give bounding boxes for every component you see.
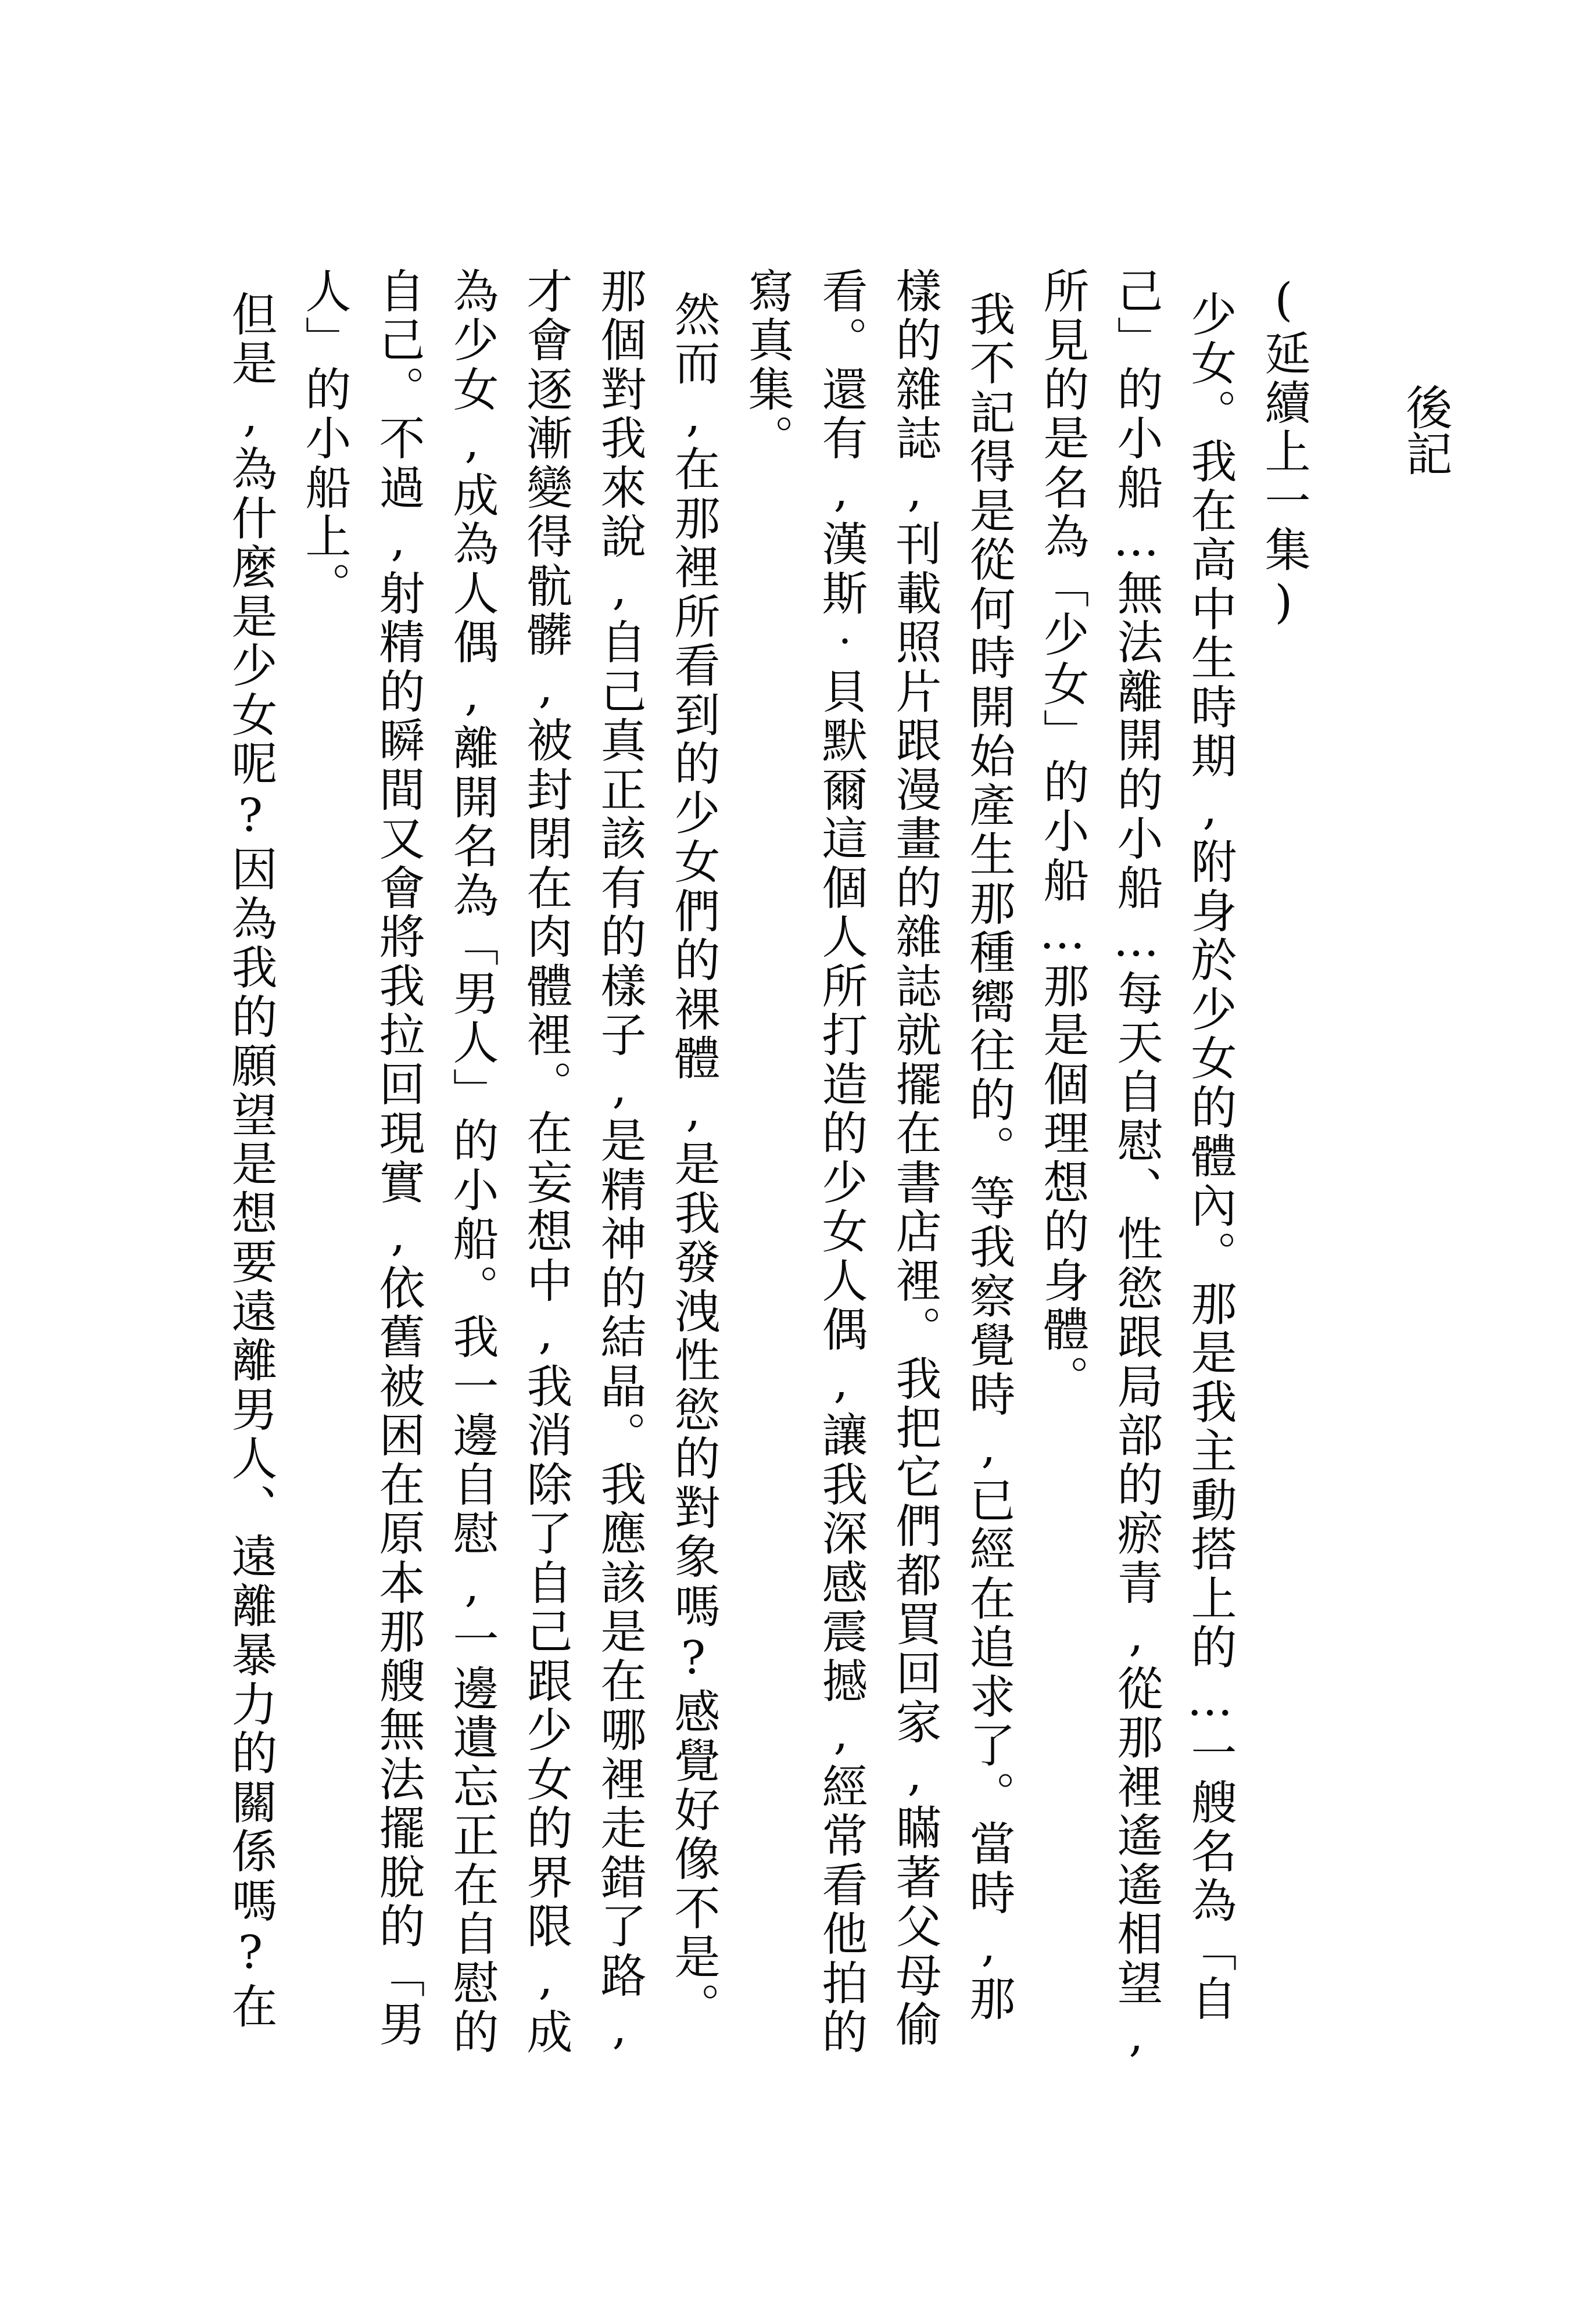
text-column: 寫真集。 (730, 267, 804, 2080)
page-title: 後記 (1397, 383, 1453, 476)
text-column: 人」的小船上。 (287, 267, 361, 2080)
text-column: 然而,在那裡所看到的少女們的裸體,是我發洩性慾的對象嗎?感覺好像不是。 (656, 267, 730, 2080)
text-column: 才會逐漸變得骯髒,被封閉在肉體裡。在妄想中,我消除了自己跟少女的界限,成 (508, 267, 582, 2080)
text-column: 樣的雜誌,刊載照片跟漫畫的雜誌就擺在書店裡。我把它們都買回家,瞞著父母偷 (877, 267, 951, 2080)
text-column: (延續上一集) (1247, 267, 1320, 2080)
text-column: 己」的小船…無法離開的小船…每天自慰、性慾跟局部的瘀青,從那裡遙遙相望, (1099, 267, 1173, 2080)
text-column: 看。還有,漢斯‧貝默爾這個人所打造的少女人偶,讓我深感震撼,經常看他拍的 (804, 267, 877, 2080)
book-page: 後記 (延續上一集) 少女。我在高中生時期,附身於少女的體內。那是我主動搭上的…… (0, 0, 1576, 2324)
afterword-text-body: (延續上一集) 少女。我在高中生時期,附身於少女的體內。那是我主動搭上的…一艘名… (213, 267, 1320, 2080)
text-column: 少女。我在高中生時期,附身於少女的體內。那是我主動搭上的…一艘名為「自 (1173, 267, 1247, 2080)
text-column: 自己。不過,射精的瞬間又會將我拉回現實,依舊被困在原本那艘無法擺脫的「男 (361, 267, 435, 2080)
text-column: 但是,為什麼是少女呢?因為我的願望是想要遠離男人、遠離暴力的關係嗎?在 (213, 267, 287, 2080)
text-column: 為少女,成為人偶,離開名為「男人」的小船。我一邊自慰,一邊遺忘正在自慰的 (435, 267, 508, 2080)
text-column: 我不記得是從何時開始產生那種嚮往的。等我察覺時,已經在追求了。當時,那 (951, 267, 1025, 2080)
text-column: 那個對我來說,自己真正該有的樣子,是精神的結晶。我應該是在哪裡走錯了路, (582, 267, 656, 2080)
text-column: 所見的是名為「少女」的小船…那是個理想的身體。 (1025, 267, 1099, 2080)
